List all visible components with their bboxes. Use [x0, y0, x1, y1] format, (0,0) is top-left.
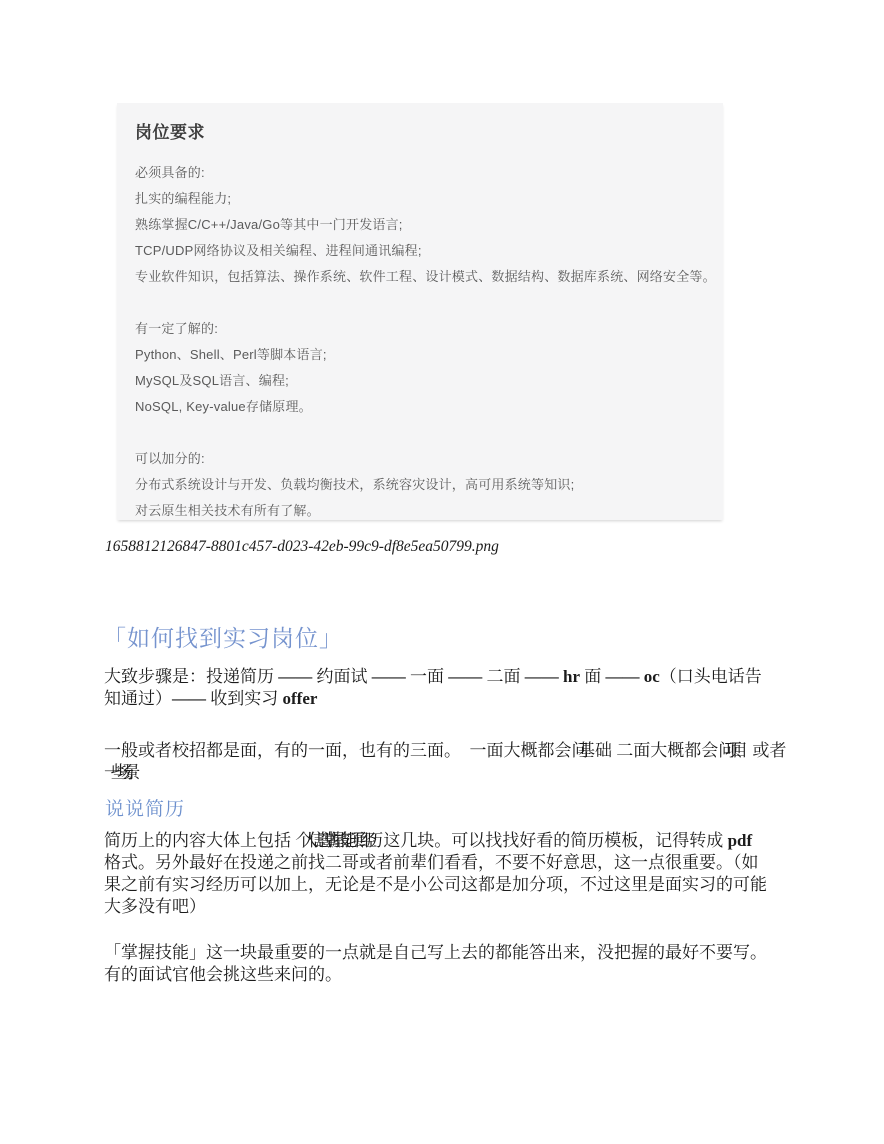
garbled-overlapping-text: 个人信息掌握技能项目经历 [295, 830, 373, 852]
requirement-line: 必须具备的: [135, 160, 705, 186]
paragraph-application-steps: 大致步骤是：投递简历 —— 约面试 —— 一面 —— 二面 —— hr 面 ——… [104, 666, 804, 710]
requirement-line: NoSQL, Key-value存储原理。 [135, 394, 705, 420]
paragraph-interview-rounds: 一般或者校招都是面，有的一面，也有的三面。 一面大概都会问基础 二面大概都会问项… [104, 740, 804, 784]
requirement-line: 扎实的编程能力; [135, 186, 705, 212]
requirements-group-some-knowledge: 有一定了解的:Python、Shell、Perl等脚本语言;MySQL及SQL语… [135, 316, 705, 420]
garbled-overlapping-text: 问项目 [718, 740, 737, 762]
requirement-line: 分布式系统设计与开发、负载均衡技术，系统容灾设计，高可用系统等知识; [135, 472, 705, 498]
requirement-line: MySQL及SQL语言、编程; [135, 368, 705, 394]
requirement-line: 熟练掌握C/C++/Java/Go等其中一门开发语言; [135, 212, 705, 238]
job-requirements-title: 岗位要求 [135, 118, 705, 143]
requirement-line: 有一定了解的: [135, 316, 705, 342]
requirements-group-bonus: 可以加分的:分布式系统设计与开发、负载均衡技术，系统容灾设计，高可用系统等知识;… [135, 446, 705, 524]
job-requirements-image: 岗位要求 必须具备的:扎实的编程能力;熟练掌握C/C++/Java/Go等其中一… [117, 103, 723, 520]
requirement-line: Python、Shell、Perl等脚本语言; [135, 342, 705, 368]
requirement-line: 对云原生相关技术有所有了解。 [135, 498, 705, 524]
section-title-find-internship: 「如何找到实习岗位」 [103, 620, 343, 653]
requirement-line: 专业软件知识，包括算法、操作系统、软件工程、设计模式、数据结构、数据库系统、网络… [135, 264, 705, 290]
section-title-resume: 说说简历 [105, 794, 185, 821]
garbled-overlapping-text: 问基 [572, 740, 585, 762]
requirement-line: TCP/UDP网络协议及相关编程、进程间通讯编程; [135, 238, 705, 264]
requirement-line: 可以加分的: [135, 446, 705, 472]
garbled-overlapping-text: 一些场景 [104, 762, 130, 784]
paragraph-skills-advice: 「掌握技能」这一块最重要的一点就是自己写上去的都能答出来，没把握的最好不要写。有… [104, 942, 804, 986]
paragraph-resume-content: 简历上的内容大体上包括 个人信息掌握技能项目经历这几块。可以找找好看的简历模板，… [104, 830, 804, 918]
image-filename-caption: 1658812126847-8801c457-d023-42eb-99c9-df… [105, 538, 499, 556]
document-page: 岗位要求 必须具备的:扎实的编程能力;熟练掌握C/C++/Java/Go等其中一… [0, 0, 884, 1144]
requirements-group-must-have: 必须具备的:扎实的编程能力;熟练掌握C/C++/Java/Go等其中一门开发语言… [135, 160, 705, 290]
